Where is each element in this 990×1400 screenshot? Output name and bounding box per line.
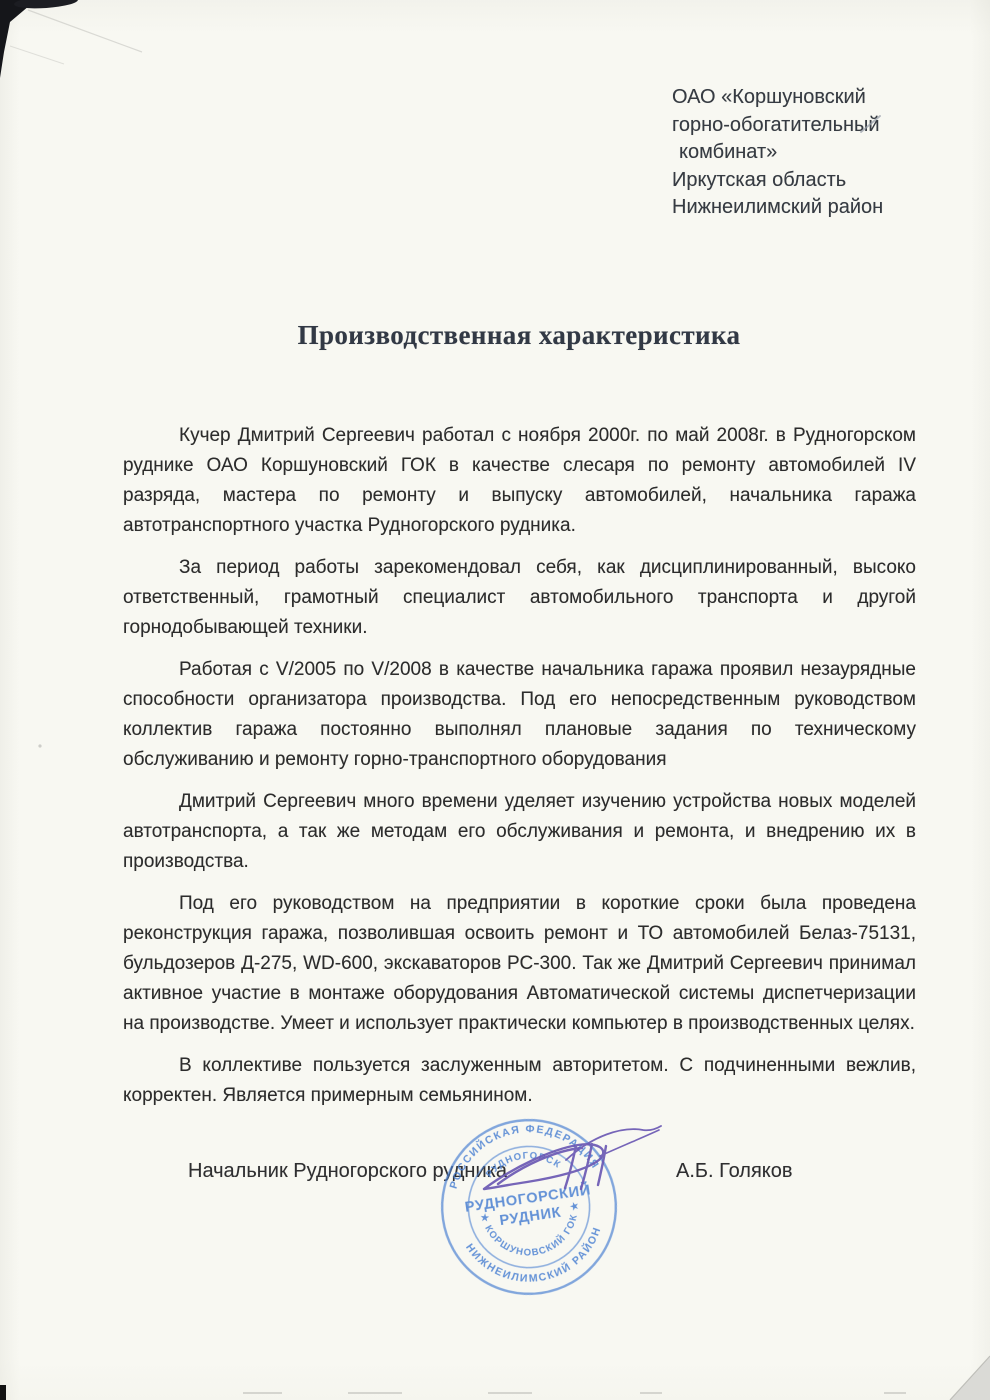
scan-speck: [38, 744, 41, 747]
scanned-document-page: ОАО «Коршуновский горно-обогатительный к…: [0, 0, 990, 1400]
ink-overlay: [0, 0, 990, 1400]
page-curl-bottom-right: [950, 1356, 990, 1400]
handwritten-signature: [484, 1126, 661, 1189]
scan-artifact-bottom-left: [0, 1385, 6, 1400]
scan-artifact-top-left: [0, 0, 142, 78]
pen-tick-mark: [861, 116, 880, 132]
